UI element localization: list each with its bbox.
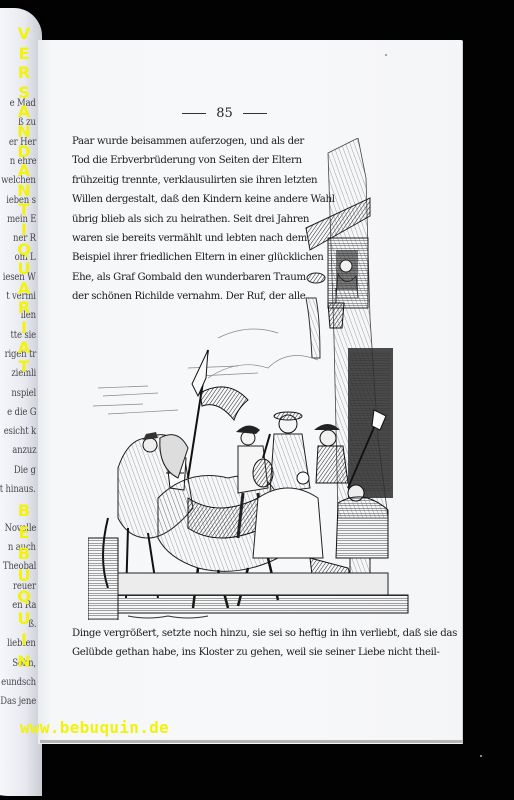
left-page-line-fragment: eundsch: [1, 677, 36, 688]
watermark-letter: B: [17, 543, 31, 565]
left-page-line-fragment: nspiel: [11, 388, 36, 399]
left-page-line-fragment: e die G: [7, 407, 36, 418]
watermark-letter: U: [17, 608, 31, 630]
left-page-line-fragment: anzuz: [12, 445, 36, 456]
watermark-letter: A: [17, 338, 31, 358]
watermark-letter: T: [17, 357, 31, 377]
woodcut-illustration: [88, 138, 418, 620]
watermark-letter: I: [17, 318, 31, 338]
watermark-vertical-1: VERSANDANTIQUARIAT: [17, 24, 31, 377]
watermark-letter: S: [17, 83, 31, 103]
dash-left: [182, 113, 206, 114]
watermark-letter: N: [17, 181, 31, 201]
dust-speck: [480, 755, 482, 757]
watermark-letter: A: [17, 279, 31, 299]
book-photo-scene: e Madß zuer Hern ehrewelchenieben smein …: [0, 0, 514, 800]
left-page-line-fragment: ort hinaus.: [0, 484, 36, 495]
dust-speck: [385, 54, 387, 56]
watermark-letter: I: [17, 629, 31, 651]
left-page-line-fragment: Das jene: [0, 696, 36, 707]
watermark-letter: E: [17, 522, 31, 544]
illustration-drawing-icon: [88, 138, 418, 620]
watermark-letter: R: [17, 63, 31, 83]
watermark-letter: Q: [17, 240, 31, 260]
bottom-text: Dinge vergrößert, setzte noch hinzu, sie…: [72, 625, 432, 662]
watermark-letter: T: [17, 200, 31, 220]
right-page: 85 Paar wurde beisammen auferzogen, und …: [38, 40, 463, 744]
page-number-value: 85: [216, 106, 233, 121]
watermark-letter: E: [17, 44, 31, 64]
watermark-letter: V: [17, 24, 31, 44]
dash-right: [243, 113, 267, 114]
watermark-letter: A: [17, 102, 31, 122]
watermark-letter: Q: [17, 586, 31, 608]
watermark-letter: A: [17, 161, 31, 181]
left-page-line-fragment: Die g: [14, 465, 36, 476]
watermark-letter: U: [17, 259, 31, 279]
watermark-url: www.bebuquin.de: [20, 718, 169, 737]
watermark-letter: N: [17, 122, 31, 142]
watermark-letter: I: [17, 220, 31, 240]
left-page-line-fragment: esicht k: [4, 426, 36, 437]
watermark-letter: B: [17, 500, 31, 522]
text-line: Gelübde gethan habe, ins Kloster zu gehe…: [72, 644, 432, 663]
watermark-letter: U: [17, 565, 31, 587]
page-number: 85: [12, 106, 437, 121]
watermark-letter: D: [17, 142, 31, 162]
watermark-letter: R: [17, 298, 31, 318]
text-line: Dinge vergrößert, setzte noch hinzu, sie…: [72, 625, 432, 644]
page-bottom-edge: [40, 740, 463, 743]
watermark-letter: N: [17, 651, 31, 673]
watermark-vertical-2: BEBUQUIN: [17, 500, 31, 672]
